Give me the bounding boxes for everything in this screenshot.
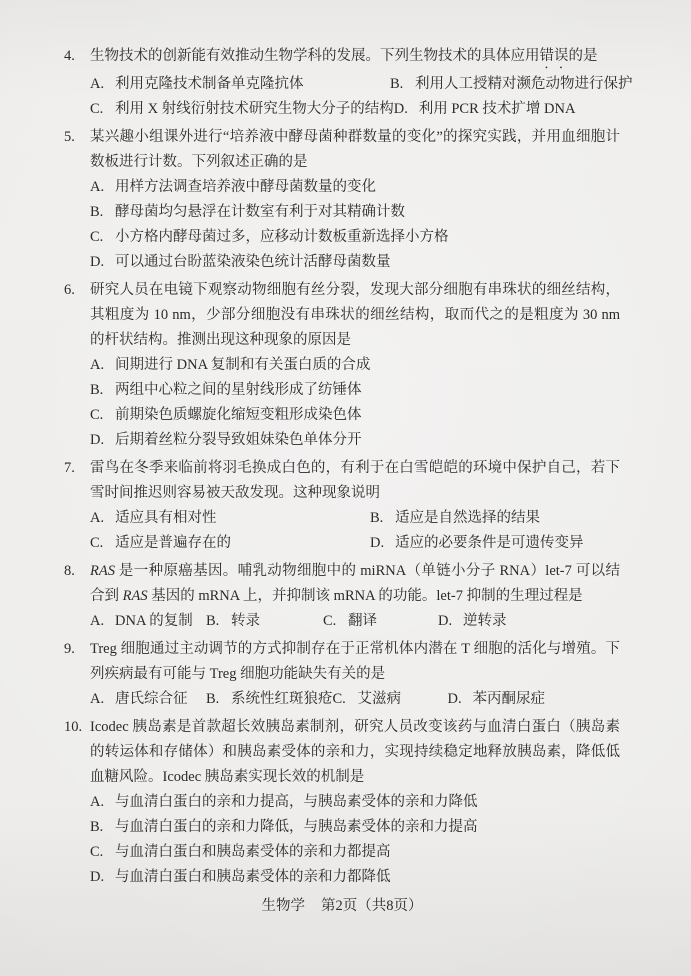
option-text: 可以通过台盼蓝染液染色统计活酵母菌数量 — [115, 250, 391, 275]
option-label: A. — [90, 72, 115, 97]
option-label: D. — [448, 687, 473, 712]
options-group: A. 与血清白蛋白的亲和力提高，与胰岛素受体的亲和力降低 B. 与血清白蛋白的亲… — [90, 790, 620, 890]
question-stem: 某兴趣小组课外进行“培养液中酵母菌种群数量的变化”的探究实践，并用血细胞计数板进… — [90, 125, 620, 175]
option-row: A. DNA 的复制 B. 转录 C. 翻译 D. 逆转录 — [90, 609, 620, 634]
option-label: B. — [206, 687, 231, 712]
options-group: A. 适应具有相对性 B. 适应是自然选择的结果 C. 适应是普遍存在的 D. … — [90, 506, 620, 556]
option-item: B. 酵母菌均匀悬浮在计数室有利于对其精确计数 — [90, 200, 620, 225]
option-text: 适应具有相对性 — [115, 506, 217, 531]
question-stem: 研究人员在电镜下观察动物细胞有丝分裂，发现大部分细胞有串珠状的细丝结构，其粗度为… — [90, 278, 620, 353]
option-row: A. 唐氏综合征 B. 系统性红斑狼疮 C. 艾滋病 D. 苯丙酮尿症 — [90, 687, 620, 712]
option-item: D. 逆转录 — [438, 609, 507, 634]
option-text: DNA 的复制 — [115, 609, 193, 634]
option-label: A. — [90, 687, 115, 712]
option-label: C. — [333, 687, 358, 712]
option-label: C. — [90, 225, 115, 250]
option-item: C. 与血清白蛋白和胰岛素受体的亲和力都提高 — [90, 840, 620, 865]
option-item: D. 适应的必要条件是可遗传变异 — [370, 531, 584, 556]
option-label: A. — [90, 353, 115, 378]
option-label: C. — [323, 609, 348, 634]
question-number: 5. — [64, 125, 89, 150]
option-item: C. 前期染色质螺旋化缩短变粗形成染色体 — [90, 403, 620, 428]
footer-page-number: 第2页（共8页） — [321, 898, 423, 914]
option-label: B. — [370, 506, 395, 531]
option-text: 与血清白蛋白和胰岛素受体的亲和力都提高 — [115, 840, 391, 865]
option-item: B. 两组中心粒之间的星射线形成了纺锤体 — [90, 378, 620, 403]
option-label: B. — [206, 609, 231, 634]
question-number: 10. — [64, 715, 89, 740]
question-stem: Treg 细胞通过主动调节的方式抑制存在于正常机体内潜在 T 细胞的活化与增殖。… — [90, 637, 620, 687]
option-item: A. 与血清白蛋白的亲和力提高，与胰岛素受体的亲和力降低 — [90, 790, 620, 815]
option-item: A. 用样方法调查培养液中酵母菌数量的变化 — [90, 175, 620, 200]
option-text: 适应是普遍存在的 — [115, 531, 231, 556]
question-item-9: 9. Treg 细胞通过主动调节的方式抑制存在于正常机体内潜在 T 细胞的活化与… — [64, 637, 620, 712]
option-label: C. — [90, 531, 115, 556]
option-text: 小方格内酵母菌过多，应移动计数板重新选择小方格 — [115, 225, 449, 250]
option-label: D. — [90, 428, 115, 453]
option-item: A. 利用克隆技术制备单克隆抗体 — [90, 72, 390, 97]
option-label: B. — [90, 815, 115, 840]
question-stem: Icodec 胰岛素是首款超长效胰岛素制剂，研究人员改变该药与血清白蛋白（胰岛素… — [90, 715, 620, 790]
page-footer: 生物学第2页（共8页） — [64, 894, 620, 919]
question-item-7: 7. 雷鸟在冬季来临前将羽毛换成白色的，有利于在白雪皑皑的环境中保护自己，若下雪… — [64, 456, 620, 556]
option-text: 利用人工授精对濒危动物进行保护 — [415, 72, 633, 97]
option-text: 与血清白蛋白和胰岛素受体的亲和力都降低 — [115, 865, 391, 890]
option-text: 适应是自然选择的结果 — [395, 506, 540, 531]
option-item: C. 艾滋病 — [333, 687, 448, 712]
option-item: A. 间期进行 DNA 复制和有关蛋白质的合成 — [90, 353, 620, 378]
option-item: B. 适应是自然选择的结果 — [370, 506, 540, 531]
option-label: A. — [90, 609, 115, 634]
option-label: C. — [90, 840, 115, 865]
option-text: 唐氏综合征 — [115, 687, 188, 712]
footer-subject: 生物学 — [262, 898, 306, 914]
option-label: B. — [90, 378, 115, 403]
option-item: A. DNA 的复制 — [90, 609, 206, 634]
option-item: B. 转录 — [206, 609, 323, 634]
option-text: 前期染色质螺旋化缩短变粗形成染色体 — [115, 403, 362, 428]
question-item-10: 10. Icodec 胰岛素是首款超长效胰岛素制剂，研究人员改变该药与血清白蛋白… — [64, 715, 620, 890]
question-stem: 生物技术的创新能有效推动生物学科的发展。下列生物技术的具体应用错误的是 — [90, 44, 620, 72]
question-number: 4. — [64, 44, 89, 69]
option-row: A. 利用克隆技术制备单克隆抗体 B. 利用人工授精对濒危动物进行保护 — [90, 72, 620, 97]
option-text: 与血清白蛋白的亲和力提高，与胰岛素受体的亲和力降低 — [115, 790, 478, 815]
question-stem: RAS 是一种原癌基因。哺乳动物细胞中的 miRNA（单链小分子 RNA）let… — [90, 559, 620, 609]
option-item: D. 与血清白蛋白和胰岛素受体的亲和力都降低 — [90, 865, 620, 890]
option-label: B. — [390, 72, 415, 97]
question-stem: 雷鸟在冬季来临前将羽毛换成白色的，有利于在白雪皑皑的环境中保护自己，若下雪时间推… — [90, 456, 620, 506]
options-group: A. 唐氏综合征 B. 系统性红斑狼疮 C. 艾滋病 D. 苯丙酮尿症 — [90, 687, 620, 712]
option-item: D. 可以通过台盼蓝染液染色统计活酵母菌数量 — [90, 250, 620, 275]
option-label: C. — [90, 97, 115, 122]
option-text: 适应的必要条件是可遗传变异 — [395, 531, 584, 556]
option-text: 两组中心粒之间的星射线形成了纺锤体 — [115, 378, 362, 403]
option-label: D. — [438, 609, 463, 634]
option-text: 苯丙酮尿症 — [473, 687, 546, 712]
option-label: D. — [90, 250, 115, 275]
option-item: A. 适应具有相对性 — [90, 506, 370, 531]
option-item: C. 小方格内酵母菌过多，应移动计数板重新选择小方格 — [90, 225, 620, 250]
options-group: A. 利用克隆技术制备单克隆抗体 B. 利用人工授精对濒危动物进行保护 C. 利… — [90, 72, 620, 122]
option-label: C. — [90, 403, 115, 428]
options-group: A. 间期进行 DNA 复制和有关蛋白质的合成 B. 两组中心粒之间的星射线形成… — [90, 353, 620, 453]
option-item: D. 苯丙酮尿症 — [448, 687, 546, 712]
question-number: 7. — [64, 456, 89, 481]
option-item: B. 与血清白蛋白的亲和力降低，与胰岛素受体的亲和力提高 — [90, 815, 620, 840]
question-item-5: 5. 某兴趣小组课外进行“培养液中酵母菌种群数量的变化”的探究实践，并用血细胞计… — [64, 125, 620, 275]
option-label: D. — [370, 531, 395, 556]
option-text: 利用 PCR 技术扩增 DNA — [419, 97, 576, 122]
option-label: A. — [90, 790, 115, 815]
option-item: B. 利用人工授精对濒危动物进行保护 — [390, 72, 633, 97]
question-number: 8. — [64, 559, 89, 584]
option-row: C. 适应是普遍存在的 D. 适应的必要条件是可遗传变异 — [90, 531, 620, 556]
option-text: 与血清白蛋白的亲和力降低，与胰岛素受体的亲和力提高 — [115, 815, 478, 840]
option-text: 间期进行 DNA 复制和有关蛋白质的合成 — [115, 353, 370, 378]
option-row: C. 利用 X 射线衍射技术研究生物大分子的结构 D. 利用 PCR 技术扩增 … — [90, 97, 620, 122]
option-row: A. 适应具有相对性 B. 适应是自然选择的结果 — [90, 506, 620, 531]
option-text: 逆转录 — [463, 609, 507, 634]
options-group: A. DNA 的复制 B. 转录 C. 翻译 D. 逆转录 — [90, 609, 620, 634]
option-text: 用样方法调查培养液中酵母菌数量的变化 — [115, 175, 376, 200]
option-label: A. — [90, 175, 115, 200]
option-text: 转录 — [231, 609, 260, 634]
option-text: 利用克隆技术制备单克隆抗体 — [115, 72, 304, 97]
option-label: D. — [90, 865, 115, 890]
question-item-6: 6. 研究人员在电镜下观察动物细胞有丝分裂，发现大部分细胞有串珠状的细丝结构，其… — [64, 278, 620, 453]
option-label: D. — [394, 97, 419, 122]
option-text: 后期着丝粒分裂导致姐妹染色单体分开 — [115, 428, 362, 453]
option-label: A. — [90, 506, 115, 531]
option-item: B. 系统性红斑狼疮 — [206, 687, 333, 712]
options-group: A. 用样方法调查培养液中酵母菌数量的变化 B. 酵母菌均匀悬浮在计数室有利于对… — [90, 175, 620, 275]
option-text: 翻译 — [348, 609, 377, 634]
option-label: B. — [90, 200, 115, 225]
option-item: D. 利用 PCR 技术扩增 DNA — [394, 97, 576, 122]
option-text: 系统性红斑狼疮 — [231, 687, 333, 712]
question-item-8: 8. RAS 是一种原癌基因。哺乳动物细胞中的 miRNA（单链小分子 RNA）… — [64, 559, 620, 634]
question-number: 6. — [64, 278, 89, 303]
option-item: D. 后期着丝粒分裂导致姐妹染色单体分开 — [90, 428, 620, 453]
option-item: C. 适应是普遍存在的 — [90, 531, 370, 556]
option-text: 利用 X 射线衍射技术研究生物大分子的结构 — [115, 97, 394, 122]
option-item: C. 利用 X 射线衍射技术研究生物大分子的结构 — [90, 97, 394, 122]
exam-page: 4. 生物技术的创新能有效推动生物学科的发展。下列生物技术的具体应用错误的是 A… — [64, 44, 620, 919]
option-text: 酵母菌均匀悬浮在计数室有利于对其精确计数 — [115, 200, 405, 225]
question-number: 9. — [64, 637, 89, 662]
question-item-4: 4. 生物技术的创新能有效推动生物学科的发展。下列生物技术的具体应用错误的是 A… — [64, 44, 620, 122]
option-item: C. 翻译 — [323, 609, 438, 634]
option-text: 艾滋病 — [358, 687, 402, 712]
option-item: A. 唐氏综合征 — [90, 687, 206, 712]
